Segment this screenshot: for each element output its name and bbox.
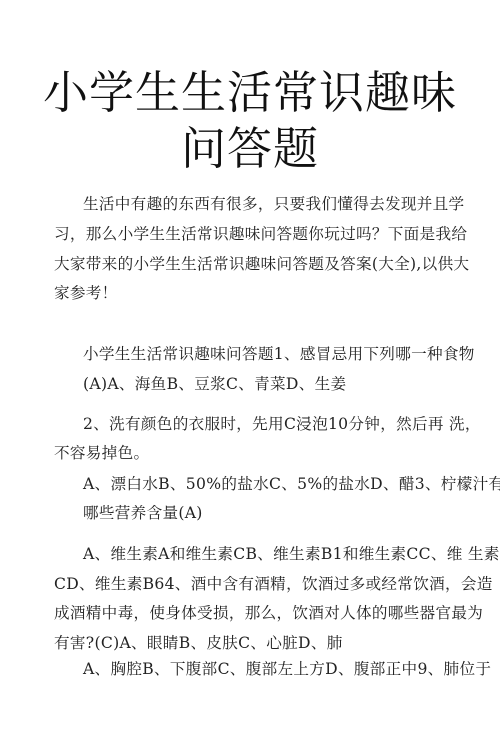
text-line: 家参考！ bbox=[54, 283, 118, 303]
text-line: 习，那么小学生生活常识趣味问答题你玩过吗？下面是我给 bbox=[54, 224, 467, 244]
title-line-2: 问答题 bbox=[0, 122, 500, 176]
text-line: 小学生生活常识趣味问答题1、感冒忌用下列哪一种食物 bbox=[83, 344, 475, 364]
text-line: 有害?(C)A、眼睛B、皮肤C、心脏D、肺 bbox=[54, 633, 343, 653]
text-line: 成酒精中毒，使身体受损，那么，饮酒对人体的哪些器官最为 bbox=[54, 603, 483, 623]
text-line: A、漂白水B、50%的盐水C、5%的盐水D、醋3、柠檬汁有 bbox=[83, 474, 500, 494]
text-line: A、维生素A和维生素CB、维生素B1和维生素CC、维 生素 bbox=[83, 544, 500, 564]
text-line: 不容易掉色。 bbox=[54, 443, 149, 463]
text-line: 大家带来的小学生生活常识趣味问答题及答案(大全),以供大 bbox=[54, 254, 469, 274]
text-line: 哪些营养含量(A) bbox=[83, 503, 203, 523]
text-line: A、胸腔B、下腹部C、腹部左上方D、腹部正中9、肺位于 bbox=[83, 659, 491, 679]
text-line: (A)A、海鱼B、豆浆C、青菜D、生姜 bbox=[83, 374, 346, 394]
text-line: 生活中有趣的东西有很多，只要我们懂得去发现并且学 bbox=[83, 194, 464, 214]
text-line: 2、洗有颜色的衣服时，先用C浸泡10分钟，然后再 洗， bbox=[83, 414, 481, 434]
title-line-1: 小学生生活常识趣味 bbox=[0, 66, 500, 120]
text-line: CD、维生素B64、酒中含有酒精，饮酒过多或经常饮酒，会造 bbox=[54, 574, 493, 594]
